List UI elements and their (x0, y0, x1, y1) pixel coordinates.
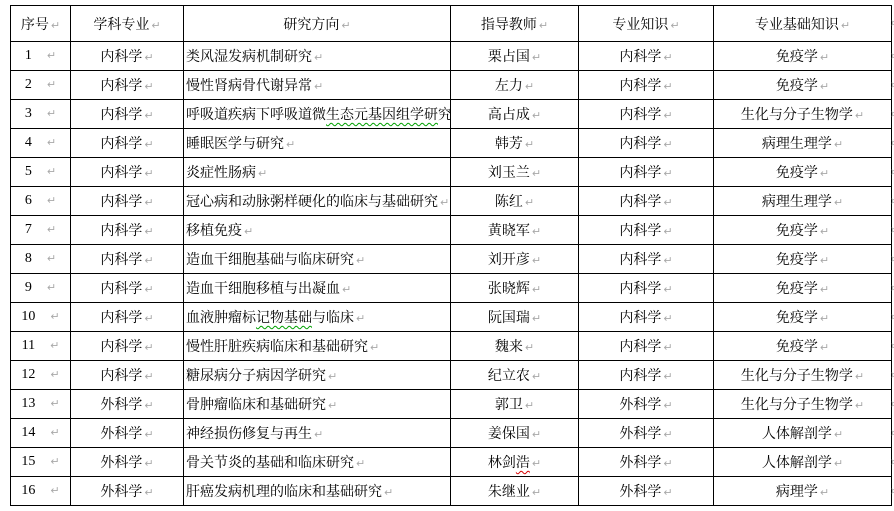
cell-direction[interactable]: 移植免疫↵ (184, 216, 451, 245)
cell-text: 张晓辉 (488, 282, 530, 297)
paragraph-mark: ↵ (525, 138, 534, 151)
cell-knowledge[interactable]: 内科学↵ (579, 245, 714, 274)
paragraph-mark: ↵ (532, 428, 541, 441)
cell-text: 慢性肝脏疾病临床和基础研究 (186, 340, 368, 355)
cell-text: 韩芳 (495, 137, 523, 152)
cell-text: 病理生理学 (762, 137, 832, 152)
paragraph-mark: ↵ (855, 399, 864, 412)
paragraph-mark: ↵ (663, 341, 672, 354)
cell-advisor[interactable]: 郭卫↵ (451, 390, 579, 419)
cell-text: 内科学 (619, 282, 661, 297)
cell-text: 内科学 (100, 79, 142, 94)
cell-no[interactable]: 6↵ (11, 187, 71, 216)
cell-text: 类风湿发病机制研究 (186, 50, 312, 65)
cell-direction[interactable]: 造血干细胞移植与出凝血↵ (184, 274, 451, 303)
cell-knowledge[interactable]: 外科学↵ (579, 419, 714, 448)
cell-no[interactable]: 2↵ (11, 71, 71, 100)
cell-basic[interactable]: 病理生理学↵ (714, 129, 892, 158)
cell-direction[interactable]: 慢性肝脏疾病临床和基础研究↵ (184, 332, 451, 361)
paragraph-mark: ↵ (663, 225, 672, 238)
header-label: 序号 (21, 18, 49, 33)
cell-text: 外科学 (619, 398, 661, 413)
cell-basic[interactable]: 人体解剖学↵ (714, 419, 892, 448)
paragraph-mark: ↵ (440, 196, 449, 209)
cell-text: 血液肿瘤标记物基础与临床 (186, 311, 354, 326)
table-row: 6↵内科学↵冠心病和动脉粥样硬化的临床与基础研究↵陈红↵内科学↵病理生理学↵ (11, 187, 892, 216)
header-label: 学科专业 (93, 18, 149, 33)
cell-text: 黄晓军 (488, 224, 530, 239)
cell-text: 人体解剖学 (762, 456, 832, 471)
cell-major[interactable]: 内科学↵ (71, 361, 184, 390)
cell-direction[interactable]: 骨关节炎的基础和临床研究↵ (184, 448, 451, 477)
cell-text: 内科学 (100, 50, 142, 65)
cell-no[interactable]: 16↵ (11, 477, 71, 506)
cell-text: 外科学 (100, 398, 142, 413)
paragraph-mark: ↵ (841, 19, 850, 32)
cell-text: 16 (21, 483, 35, 499)
grammar-squiggle-fragment (665, 0, 731, 4)
paragraph-mark: ↵ (144, 109, 153, 122)
cell-no[interactable]: 5↵ (11, 158, 71, 187)
header-cell-direction[interactable]: 研究方向↵ (184, 6, 451, 42)
paragraph-mark: ↵ (663, 370, 672, 383)
paragraph-mark: ↵ (47, 165, 56, 178)
paragraph-mark: ↵ (151, 19, 160, 32)
cell-knowledge[interactable]: 内科学↵ (579, 303, 714, 332)
cell-text: 呼吸道疾病下呼吸道微生态元基因组学研究 (186, 108, 451, 123)
cell-text: 炎症性肠病 (186, 166, 256, 181)
cell-text: 内科学 (100, 253, 142, 268)
cell-direction[interactable]: 骨肿瘤临床和基础研究↵ (184, 390, 451, 419)
cell-major[interactable]: 外科学↵ (71, 419, 184, 448)
paragraph-mark: ↵ (144, 399, 153, 412)
cell-text: 外科学 (619, 485, 661, 500)
cell-basic[interactable]: 病理学↵ (714, 477, 892, 506)
cell-text: 内科学 (619, 108, 661, 123)
cell-text: 内科学 (619, 224, 661, 239)
cell-text: 外科学 (100, 427, 142, 442)
paragraph-mark: ↵ (663, 283, 672, 296)
paragraph-mark: ↵ (663, 428, 672, 441)
paragraph-mark: ↵ (663, 51, 672, 64)
table-row: 12↵内科学↵糖尿病分子病因学研究↵纪立农↵内科学↵生化与分子生物学↵ (11, 361, 892, 390)
cell-text: 刘玉兰 (488, 166, 530, 181)
cell-major[interactable]: 内科学↵ (71, 332, 184, 361)
cell-advisor[interactable]: 刘开彦↵ (451, 245, 579, 274)
cell-major[interactable]: 内科学↵ (71, 158, 184, 187)
paragraph-mark: ↵ (663, 167, 672, 180)
cell-text: 林剑浩 (488, 456, 530, 471)
cell-no[interactable]: 7↵ (11, 216, 71, 245)
cell-basic[interactable]: 生化与分子生物学↵ (714, 361, 892, 390)
cell-no[interactable]: 15↵ (11, 448, 71, 477)
paragraph-mark: ↵ (820, 341, 829, 354)
paragraph-mark: ↵ (144, 225, 153, 238)
table-row: 7↵内科学↵移植免疫↵黄晓军↵内科学↵免疫学↵ (11, 216, 892, 245)
cell-no[interactable]: 13↵ (11, 390, 71, 419)
table-row: 2↵内科学↵慢性肾病骨代谢异常↵左力↵内科学↵免疫学↵ (11, 71, 892, 100)
cell-knowledge[interactable]: 内科学↵ (579, 274, 714, 303)
header-cell-major[interactable]: 学科专业↵ (71, 6, 184, 42)
cell-basic[interactable]: 生化与分子生物学↵ (714, 100, 892, 129)
paragraph-mark: ↵ (532, 312, 541, 325)
cell-advisor[interactable]: 陈红↵ (451, 187, 579, 216)
paragraph-mark: ↵ (855, 109, 864, 122)
cell-text: 骨关节炎的基础和临床研究 (186, 456, 354, 471)
paragraph-mark: ↵ (50, 310, 59, 323)
cell-text: 免疫学 (776, 282, 818, 297)
cell-text: 造血干细胞移植与出凝血 (186, 282, 340, 297)
cell-major[interactable]: 内科学↵ (71, 216, 184, 245)
cell-major[interactable]: 内科学↵ (71, 129, 184, 158)
paragraph-mark: ↵ (144, 370, 153, 383)
paragraph-mark: ↵ (820, 51, 829, 64)
research-directions-table: 序号↵ 学科专业↵ 研究方向↵ 指导教师↵ 专业知识↵ 专业基础知识↵ 1↵内科… (10, 5, 892, 506)
cell-advisor[interactable]: 朱继业↵ (451, 477, 579, 506)
cell-advisor[interactable]: 黄晓军↵ (451, 216, 579, 245)
cell-text: 冠心病和动脉粥样硬化的临床与基础研究 (186, 195, 438, 210)
paragraph-mark: ↵ (532, 225, 541, 238)
cell-text: 外科学 (100, 485, 142, 500)
paragraph-mark: ↵ (258, 167, 267, 180)
cell-text: 高占成 (488, 108, 530, 123)
cell-direction[interactable]: 神经损伤修复与再生↵ (184, 419, 451, 448)
cell-text: 外科学 (619, 427, 661, 442)
cell-text: 6 (25, 193, 32, 209)
cell-advisor[interactable]: 张晓辉↵ (451, 274, 579, 303)
cell-basic[interactable]: 免疫学↵ (714, 332, 892, 361)
header-label: 专业基础知识 (755, 18, 839, 33)
cell-knowledge[interactable]: 外科学↵ (579, 390, 714, 419)
table-row: 10↵内科学↵血液肿瘤标记物基础与临床↵阮国瑞↵内科学↵免疫学↵ (11, 303, 892, 332)
paragraph-mark: ↵ (663, 254, 672, 267)
paragraph-mark: ↵ (532, 370, 541, 383)
cell-text: 1 (25, 48, 32, 64)
paragraph-mark: ↵ (144, 428, 153, 441)
header-cell-basic[interactable]: 专业基础知识↵ (714, 6, 892, 42)
cell-direction[interactable]: 慢性肾病骨代谢异常↵ (184, 71, 451, 100)
cell-knowledge[interactable]: 外科学↵ (579, 477, 714, 506)
paragraph-mark: ↵ (532, 51, 541, 64)
paragraph-mark: ↵ (820, 225, 829, 238)
paragraph-mark: ↵ (532, 457, 541, 470)
cell-no[interactable]: 1↵ (11, 42, 71, 71)
cell-text: 内科学 (100, 224, 142, 239)
table-row: 3↵内科学↵呼吸道疾病下呼吸道微生态元基因组学研究↵高占成↵内科学↵生化与分子生… (11, 100, 892, 129)
cell-basic[interactable]: 免疫学↵ (714, 158, 892, 187)
paragraph-mark: ↵ (314, 80, 323, 93)
paragraph-mark: ↵ (51, 19, 60, 32)
cell-no[interactable]: 11↵ (11, 332, 71, 361)
cell-basic[interactable]: 免疫学↵ (714, 42, 892, 71)
table-row: 1↵内科学↵类风湿发病机制研究↵栗占国↵内科学↵免疫学↵ (11, 42, 892, 71)
table-row: 15↵外科学↵骨关节炎的基础和临床研究↵林剑浩↵外科学↵人体解剖学↵ (11, 448, 892, 477)
paragraph-mark: ↵ (532, 486, 541, 499)
paragraph-mark: ↵ (50, 426, 59, 439)
table-row: 8↵内科学↵造血干细胞基础与临床研究↵刘开彦↵内科学↵免疫学↵ (11, 245, 892, 274)
cell-major[interactable]: 内科学↵ (71, 187, 184, 216)
table-row: 4↵内科学↵睡眠医学与研究↵韩芳↵内科学↵病理生理学↵ (11, 129, 892, 158)
cell-advisor[interactable]: 阮国瑞↵ (451, 303, 579, 332)
paragraph-mark: ↵ (144, 80, 153, 93)
cell-text: 内科学 (619, 137, 661, 152)
cell-knowledge[interactable]: 内科学↵ (579, 42, 714, 71)
cell-basic[interactable]: 人体解剖学↵ (714, 448, 892, 477)
cell-major[interactable]: 内科学↵ (71, 100, 184, 129)
cell-text: 内科学 (100, 282, 142, 297)
cell-text: 免疫学 (776, 79, 818, 94)
cell-basic[interactable]: 免疫学↵ (714, 303, 892, 332)
paragraph-mark: ↵ (525, 196, 534, 209)
cell-advisor[interactable]: 林剑浩↵ (451, 448, 579, 477)
cell-text: 13 (21, 396, 35, 412)
paragraph-mark: ↵ (525, 399, 534, 412)
cell-basic[interactable]: 病理生理学↵ (714, 187, 892, 216)
paragraph-mark: ↵ (314, 428, 323, 441)
cell-major[interactable]: 内科学↵ (71, 274, 184, 303)
cell-no[interactable]: 12↵ (11, 361, 71, 390)
paragraph-mark: ↵ (663, 196, 672, 209)
cell-text: 12 (21, 367, 35, 383)
cell-direction[interactable]: 呼吸道疾病下呼吸道微生态元基因组学研究↵ (184, 100, 451, 129)
paragraph-mark: ↵ (356, 254, 365, 267)
cell-major[interactable]: 内科学↵ (71, 42, 184, 71)
cell-knowledge[interactable]: 外科学↵ (579, 448, 714, 477)
paragraph-mark: ↵ (663, 312, 672, 325)
cell-text: 内科学 (100, 311, 142, 326)
cell-major[interactable]: 内科学↵ (71, 245, 184, 274)
table-row: 9↵内科学↵造血干细胞移植与出凝血↵张晓辉↵内科学↵免疫学↵ (11, 274, 892, 303)
cell-direction[interactable]: 造血干细胞基础与临床研究↵ (184, 245, 451, 274)
paragraph-mark: ↵ (144, 196, 153, 209)
cell-advisor[interactable]: 刘玉兰↵ (451, 158, 579, 187)
cell-direction[interactable]: 睡眠医学与研究↵ (184, 129, 451, 158)
paragraph-mark: ↵ (50, 455, 59, 468)
paragraph-mark: ↵ (47, 107, 56, 120)
cell-advisor[interactable]: 魏来↵ (451, 332, 579, 361)
paragraph-mark: ↵ (47, 252, 56, 265)
cell-no[interactable]: 8↵ (11, 245, 71, 274)
paragraph-mark: ↵ (244, 225, 253, 238)
cell-knowledge[interactable]: 内科学↵ (579, 332, 714, 361)
cell-text: 病理学 (776, 485, 818, 500)
cell-text: 朱继业 (488, 485, 530, 500)
cell-text: 内科学 (100, 369, 142, 384)
cell-text: 内科学 (619, 50, 661, 65)
paragraph-mark: ↵ (314, 51, 323, 64)
cell-text: 慢性肾病骨代谢异常 (186, 79, 312, 94)
cell-text: 睡眠医学与研究 (186, 137, 284, 152)
cell-major[interactable]: 外科学↵ (71, 390, 184, 419)
cell-text: 陈红 (495, 195, 523, 210)
cell-text: 15 (21, 454, 35, 470)
cell-text: 8 (25, 251, 32, 267)
cell-basic[interactable]: 免疫学↵ (714, 245, 892, 274)
cell-text: 人体解剖学 (762, 427, 832, 442)
paragraph-mark: ↵ (144, 51, 153, 64)
paragraph-mark: ↵ (820, 254, 829, 267)
paragraph-mark: ↵ (144, 283, 153, 296)
cell-text: 肝癌发病机理的临床和基础研究 (186, 485, 382, 500)
cell-text: 内科学 (100, 137, 142, 152)
cell-text: 免疫学 (776, 253, 818, 268)
cell-no[interactable]: 3↵ (11, 100, 71, 129)
cell-no[interactable]: 4↵ (11, 129, 71, 158)
paragraph-mark: ↵ (663, 138, 672, 151)
cell-text: 免疫学 (776, 311, 818, 326)
cell-text: 内科学 (619, 311, 661, 326)
cell-text: 免疫学 (776, 340, 818, 355)
cell-text: 纪立农 (488, 369, 530, 384)
paragraph-mark: ↵ (47, 281, 56, 294)
cell-text: 内科学 (619, 166, 661, 181)
paragraph-mark: ↵ (834, 428, 843, 441)
cell-advisor[interactable]: 韩芳↵ (451, 129, 579, 158)
grammar-squiggle: 生态元基因组学研 (326, 108, 438, 123)
cell-knowledge[interactable]: 内科学↵ (579, 100, 714, 129)
header-cell-no[interactable]: 序号↵ (11, 6, 71, 42)
paragraph-mark: ↵ (384, 486, 393, 499)
cell-text: 病理生理学 (762, 195, 832, 210)
cell-no[interactable]: 9↵ (11, 274, 71, 303)
paragraph-mark: ↵ (820, 283, 829, 296)
cell-no[interactable]: 10↵ (11, 303, 71, 332)
paragraph-mark: ↵ (525, 80, 534, 93)
cell-text: 神经损伤修复与再生 (186, 427, 312, 442)
paragraph-mark: ↵ (663, 486, 672, 499)
cell-major[interactable]: 外科学↵ (71, 448, 184, 477)
paragraph-mark: ↵ (47, 223, 56, 236)
paragraph-mark: ↵ (47, 194, 56, 207)
cell-direction[interactable]: 血液肿瘤标记物基础与临床↵ (184, 303, 451, 332)
cell-basic[interactable]: 免疫学↵ (714, 274, 892, 303)
cell-text: 郭卫 (495, 398, 523, 413)
paragraph-mark: ↵ (144, 341, 153, 354)
paragraph-mark: ↵ (525, 341, 534, 354)
paragraph-mark: ↵ (670, 19, 679, 32)
cell-knowledge[interactable]: 内科学↵ (579, 216, 714, 245)
paragraph-mark: ↵ (286, 138, 295, 151)
header-label: 专业知识 (612, 18, 668, 33)
cell-text: 内科学 (619, 369, 661, 384)
cell-direction[interactable]: 炎症性肠病↵ (184, 158, 451, 187)
paragraph-mark: ↵ (532, 109, 541, 122)
paragraph-mark: ↵ (144, 312, 153, 325)
table-row: 14↵外科学↵神经损伤修复与再生↵姜保国↵外科学↵人体解剖学↵ (11, 419, 892, 448)
cell-basic[interactable]: 免疫学↵ (714, 71, 892, 100)
grammar-squiggle: 记物基础 (256, 311, 312, 326)
cell-text: 阮国瑞 (488, 311, 530, 326)
paragraph-mark: ↵ (539, 19, 548, 32)
cell-text: 5 (25, 164, 32, 180)
paragraph-mark: ↵ (50, 368, 59, 381)
paragraph-mark: ↵ (820, 486, 829, 499)
paragraph-mark: ↵ (663, 109, 672, 122)
cell-advisor[interactable]: 栗占国↵ (451, 42, 579, 71)
cell-knowledge[interactable]: 内科学↵ (579, 158, 714, 187)
cell-knowledge[interactable]: 内科学↵ (579, 187, 714, 216)
spell-squiggle: 浩 (516, 456, 530, 471)
paragraph-mark: ↵ (47, 49, 56, 62)
cell-major[interactable]: 内科学↵ (71, 71, 184, 100)
paragraph-mark: ↵ (532, 283, 541, 296)
cell-text: 内科学 (619, 340, 661, 355)
cell-major[interactable]: 外科学↵ (71, 477, 184, 506)
paragraph-mark: ↵ (834, 138, 843, 151)
header-row: 序号↵ 学科专业↵ 研究方向↵ 指导教师↵ 专业知识↵ 专业基础知识↵ (11, 6, 892, 42)
paragraph-mark: ↵ (820, 312, 829, 325)
cell-text: 糖尿病分子病因学研究 (186, 369, 326, 384)
cell-text: 内科学 (100, 195, 142, 210)
table-row: 13↵外科学↵骨肿瘤临床和基础研究↵郭卫↵外科学↵生化与分子生物学↵ (11, 390, 892, 419)
cell-advisor[interactable]: 左力↵ (451, 71, 579, 100)
paragraph-mark: ↵ (356, 312, 365, 325)
header-cell-knowledge[interactable]: 专业知识↵ (579, 6, 714, 42)
cell-text: 内科学 (619, 195, 661, 210)
cell-direction[interactable]: 类风湿发病机制研究↵ (184, 42, 451, 71)
cell-text: 免疫学 (776, 224, 818, 239)
paragraph-mark: ↵ (144, 457, 153, 470)
paragraph-mark: ↵ (834, 196, 843, 209)
cell-knowledge[interactable]: 内科学↵ (579, 361, 714, 390)
cell-text: 姜保国 (488, 427, 530, 442)
cell-text: 栗占国 (488, 50, 530, 65)
cell-text: 外科学 (619, 456, 661, 471)
cell-text: 9 (25, 280, 32, 296)
cell-advisor[interactable]: 高占成↵ (451, 100, 579, 129)
cell-text: 生化与分子生物学 (741, 398, 853, 413)
paragraph-mark: ↵ (47, 78, 56, 91)
cell-text: 移植免疫 (186, 224, 242, 239)
paragraph-mark: ↵ (328, 399, 337, 412)
cell-text: 魏来 (495, 340, 523, 355)
cell-text: 14 (21, 425, 35, 441)
cell-advisor[interactable]: 纪立农↵ (451, 361, 579, 390)
cell-basic[interactable]: 免疫学↵ (714, 216, 892, 245)
cell-text: 4 (25, 135, 32, 151)
cell-text: 左力 (495, 79, 523, 94)
cell-text: 10 (21, 309, 35, 325)
paragraph-mark: ↵ (50, 397, 59, 410)
table-row: 5↵内科学↵炎症性肠病↵刘玉兰↵内科学↵免疫学↵ (11, 158, 892, 187)
paragraph-mark: ↵ (855, 370, 864, 383)
cell-advisor[interactable]: 姜保国↵ (451, 419, 579, 448)
cell-direction[interactable]: 肝癌发病机理的临床和基础研究↵ (184, 477, 451, 506)
document-page: 序号↵ 学科专业↵ 研究方向↵ 指导教师↵ 专业知识↵ 专业基础知识↵ 1↵内科… (0, 0, 894, 511)
cell-text: 3 (25, 106, 32, 122)
paragraph-mark: ↵ (342, 283, 351, 296)
cell-knowledge[interactable]: 内科学↵ (579, 129, 714, 158)
cell-text: 造血干细胞基础与临床研究 (186, 253, 354, 268)
table-row: 11↵内科学↵慢性肝脏疾病临床和基础研究↵魏来↵内科学↵免疫学↵ (11, 332, 892, 361)
paragraph-mark: ↵ (328, 370, 337, 383)
cell-knowledge[interactable]: 内科学↵ (579, 71, 714, 100)
cell-text: 内科学 (619, 79, 661, 94)
paragraph-mark: ↵ (532, 254, 541, 267)
paragraph-mark: ↵ (47, 136, 56, 149)
paragraph-mark: ↵ (663, 457, 672, 470)
cell-text: 内科学 (100, 340, 142, 355)
header-label: 研究方向 (283, 18, 339, 33)
cell-direction[interactable]: 糖尿病分子病因学研究↵ (184, 361, 451, 390)
cell-basic[interactable]: 生化与分子生物学↵ (714, 390, 892, 419)
cell-major[interactable]: 内科学↵ (71, 303, 184, 332)
header-cell-advisor[interactable]: 指导教师↵ (451, 6, 579, 42)
cell-direction[interactable]: 冠心病和动脉粥样硬化的临床与基础研究↵ (184, 187, 451, 216)
cell-text: 刘开彦 (488, 253, 530, 268)
paragraph-mark: ↵ (144, 138, 153, 151)
cell-no[interactable]: 14↵ (11, 419, 71, 448)
